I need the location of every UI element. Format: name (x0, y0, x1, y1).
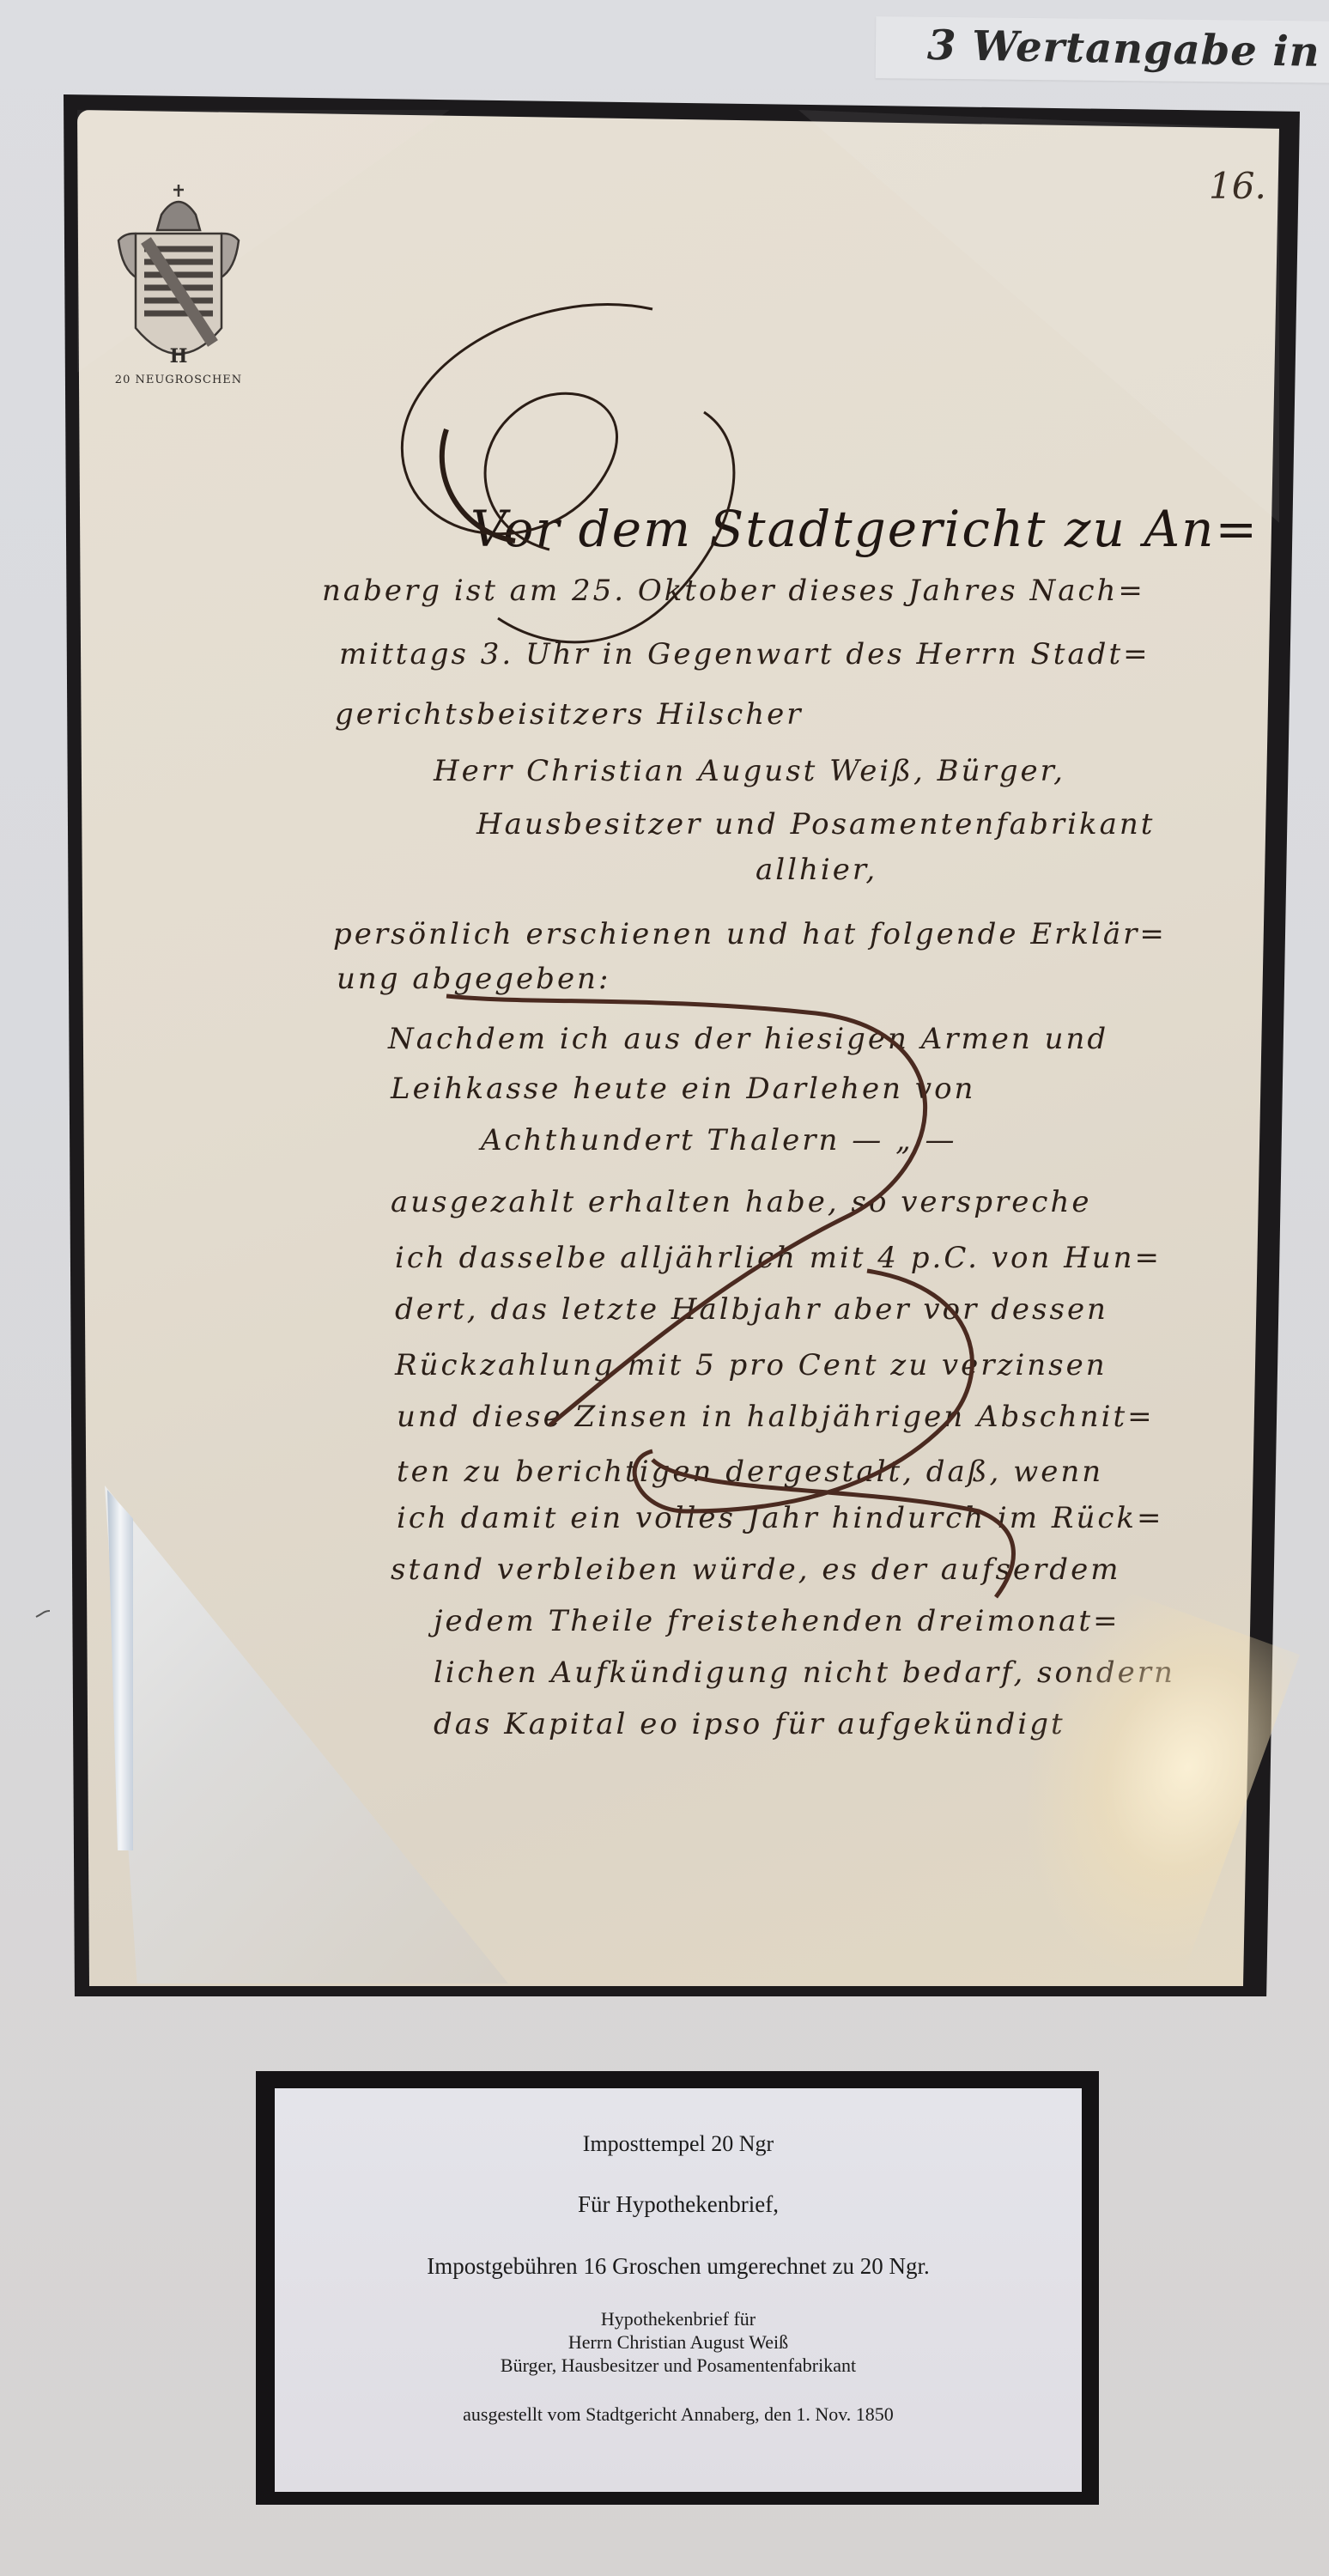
handwriting-line: ung abgegeben: (337, 962, 610, 996)
handwriting-line: ten zu berichtigen dergestalt, daß, wenn (397, 1455, 1103, 1489)
handwriting-line: mittags 3. Uhr in Gegenwart des Herrn St… (339, 637, 1150, 671)
handwriting-line: ich damit ein volles Jahr hindurch im Rü… (397, 1501, 1164, 1535)
caption-stamp-title: Imposttempel 20 Ngr (275, 2131, 1082, 2157)
handwriting-line: Leihkasse heute ein Darlehen von (391, 1072, 975, 1106)
handwriting-line: das Kapital eo ipso für aufgekündigt (434, 1707, 1065, 1741)
caption-card: Imposttempel 20 Ngr Für Hypothekenbrief,… (275, 2088, 1082, 2492)
handwriting-line: persönlich erschienen und hat folgende E… (333, 917, 1167, 951)
handwriting-line: Hausbesitzer und Posamentenfabrikant (476, 807, 1155, 841)
handwriting-line: Vor dem Stadtgericht zu An= (470, 500, 1259, 558)
handwriting-line: dert, das letzte Halbjahr aber vor desse… (395, 1292, 1108, 1327)
handwriting-line: gerichtsbeisitzers Hilscher (335, 697, 804, 732)
handwriting-line: allhier, (756, 853, 877, 887)
handwriting-line: ausgezahlt erhalten habe, so verspreche (391, 1185, 1091, 1219)
exhibit-heading: 3 Wertangabe in “Ne (927, 21, 1329, 78)
caption-purpose: Für Hypothekenbrief, (275, 2191, 1082, 2218)
handwriting-line: stand verbleiben würde, es der aufserdem (391, 1552, 1120, 1587)
caption-issue-date: ausgestellt vom Stadtgericht Annaberg, d… (275, 2403, 1082, 2426)
handwriting-line: Rückzahlung mit 5 pro Cent zu verzinsen (395, 1348, 1107, 1382)
caption-recipient-line: Herrn Christian August Weiß (275, 2330, 1082, 2354)
handwriting-line: ich dasselbe alljährlich mit 4 p.C. von … (395, 1241, 1162, 1275)
handwriting-line: naberg ist am 25. Oktober dieses Jahres … (322, 574, 1145, 608)
svg-text:20 NEUGROSCHEN: 20 NEUGROSCHEN (115, 374, 242, 386)
caption-recipient-line: Bürger, Hausbesitzer und Posamentenfabri… (275, 2354, 1082, 2377)
handwriting-line: jedem Theile freistehenden dreimonat= (434, 1604, 1120, 1638)
svg-text:H: H (170, 345, 188, 368)
wall-scuff-mark (34, 1610, 52, 1619)
page-number: 16. (1209, 165, 1266, 207)
caption-recipient-line: Hypothekenbrief für (275, 2307, 1082, 2330)
caption-fee-conversion: Impostgebühren 16 Groschen umgerechnet z… (275, 2253, 1082, 2280)
handwriting-line: Nachdem ich aus der hiesigen Armen und (388, 1022, 1108, 1056)
handwriting-line: Achthundert Thalern — „ — (481, 1123, 957, 1157)
caption-recipient-block: Hypothekenbrief für Herrn Christian Augu… (275, 2307, 1082, 2377)
saxony-coat-of-arms-icon: H 20 NEUGROSCHEN (101, 180, 256, 386)
handwriting-line: und diese Zinsen in halbjährigen Abschni… (397, 1400, 1155, 1434)
handwriting-line: Herr Christian August Weiß, Bürger, (434, 754, 1065, 788)
